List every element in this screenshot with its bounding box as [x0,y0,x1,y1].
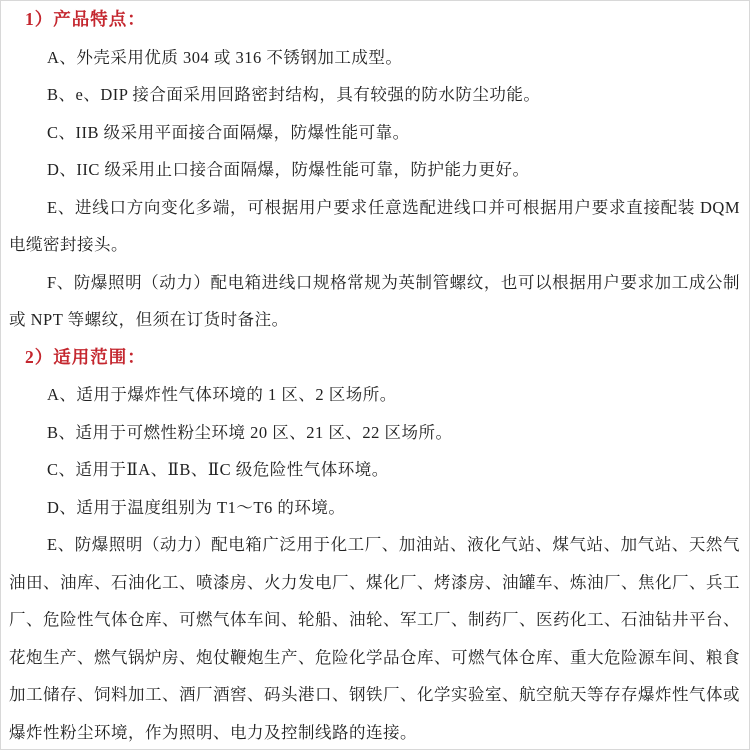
feature-item-a: A、外壳采用优质 304 或 316 不锈钢加工成型。 [1,39,749,77]
scope-item-e-line-5: 加工储存、饲料加工、酒厂酒窖、码头港口、钢铁厂、化学实验室、航空航天等存存爆炸性… [1,676,749,714]
scope-item-e-line-6: 爆炸性粉尘环境，作为照明、电力及控制线路的连接。 [1,714,749,750]
feature-item-c: C、IIB 级采用平面接合面隔爆，防爆性能可靠。 [1,114,749,152]
scope-item-e-line-1: E、防爆照明（动力）配电箱广泛用于化工厂、加油站、液化气站、煤气站、加气站、天然… [1,526,749,564]
section-heading-features: 1）产品特点： [1,1,749,39]
feature-item-b: B、e、DIP 接合面采用回路密封结构，具有较强的防水防尘功能。 [1,76,749,114]
product-description-document: 1）产品特点： A、外壳采用优质 304 或 316 不锈钢加工成型。 B、e、… [0,0,750,750]
scope-item-d: D、适用于温度组别为 T1～T6 的环境。 [1,489,749,527]
feature-item-d: D、IIC 级采用止口接合面隔爆，防爆性能可靠，防护能力更好。 [1,151,749,189]
scope-item-b: B、适用于可燃性粉尘环境 20 区、21 区、22 区场所。 [1,414,749,452]
feature-item-e-line-1: E、进线口方向变化多端，可根据用户要求任意选配进线口并可根据用户要求直接配装 D… [1,189,749,227]
feature-item-e-line-2: 电缆密封接头。 [1,226,749,264]
scope-item-e-line-4: 花炮生产、燃气锅炉房、炮仗鞭炮生产、危险化学品仓库、可燃气体仓库、重大危险源车间… [1,639,749,677]
section-heading-scope: 2）适用范围： [1,339,749,377]
feature-item-f-line-1: F、防爆照明（动力）配电箱进线口规格常规为英制管螺纹，也可以根据用户要求加工成公… [1,264,749,302]
feature-item-f-line-2: 或 NPT 等螺纹，但须在订货时备注。 [1,301,749,339]
scope-item-c: C、适用于ⅡA、ⅡB、ⅡC 级危险性气体环境。 [1,451,749,489]
scope-item-a: A、适用于爆炸性气体环境的 1 区、2 区场所。 [1,376,749,414]
scope-item-e-line-2: 油田、油库、石油化工、喷漆房、火力发电厂、煤化厂、烤漆房、油罐车、炼油厂、焦化厂… [1,564,749,602]
scope-item-e-line-3: 厂、危险性气体仓库、可燃气体车间、轮船、油轮、军工厂、制药厂、医药化工、石油钻井… [1,601,749,639]
